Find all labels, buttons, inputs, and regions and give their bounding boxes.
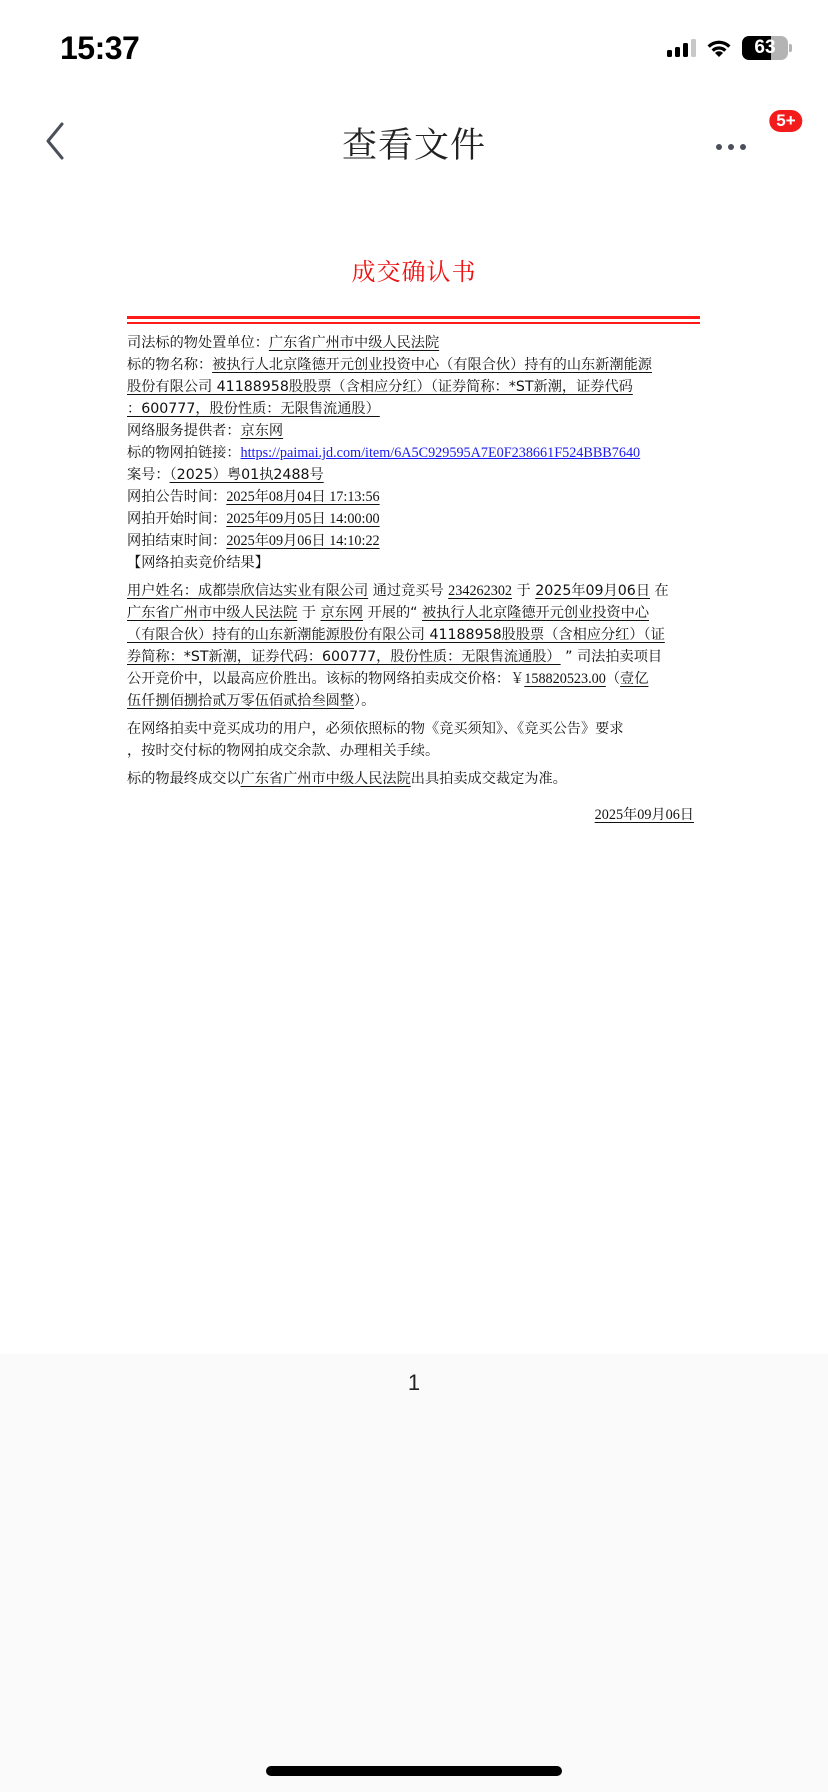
home-indicator[interactable] — [266, 1766, 562, 1776]
document-body: 司法标的物处置单位：广东省广州市中级人民法院 标的物名称：被执行人北京隆德开元创… — [127, 332, 702, 826]
status-bar: 15:37 63 — [0, 0, 828, 90]
more-button[interactable] — [710, 130, 760, 160]
header-rule-thick — [127, 316, 700, 319]
field-link: 标的物网拍链接：https://paimai.jd.com/item/6A5C9… — [127, 442, 702, 464]
page-title: 查看文件 — [0, 118, 828, 168]
auction-date: 2025年09月06日 — [535, 583, 650, 599]
more-dots-icon — [716, 144, 746, 150]
end-time-value: 2025年09月06日 14:10:22 — [226, 533, 379, 549]
page-number: 1 — [0, 1370, 828, 1396]
cellular-signal-icon — [667, 39, 696, 57]
document-page: 成交确认书 司法标的物处置单位：广东省广州市中级人民法院 标的物名称：被执行人北… — [0, 184, 828, 1354]
subject-value-cont: ：600777，股份性质：无限售流通股） — [127, 401, 380, 417]
wifi-icon — [706, 38, 732, 58]
header-rule-thin — [127, 322, 700, 324]
subject-value: 被执行人北京隆德开元创业投资中心（有限合伙）持有的山东新潮能源 — [212, 357, 652, 373]
start-time-value: 2025年09月05日 14:00:00 — [226, 511, 379, 527]
announce-time-value: 2025年08月04日 17:13:56 — [226, 489, 379, 505]
final-price-chinese: 伍仟捌佰捌拾贰万零伍佰贰拾叁圆整 — [127, 693, 354, 709]
field-end-time: 网拍结束时间：2025年09月06日 14:10:22 — [127, 530, 702, 552]
provider-value: 京东网 — [241, 423, 284, 439]
result-paragraph: 用户姓名：成都崇欣信达实业有限公司 通过竞买号 234262302 于 2025… — [127, 580, 702, 712]
bid-number: 234262302 — [448, 583, 512, 599]
result-heading: 【网络拍卖竞价结果】 — [127, 552, 702, 574]
field-announce-time: 网拍公告时间：2025年08月04日 17:13:56 — [127, 486, 702, 508]
final-price: 158820523.00 — [524, 671, 606, 687]
field-disposal-unit: 司法标的物处置单位：广东省广州市中级人民法院 — [127, 332, 702, 354]
field-subject: 标的物名称：被执行人北京隆德开元创业投资中心（有限合伙）持有的山东新潮能源 — [127, 354, 702, 376]
signed-date: 2025年09月06日 — [127, 804, 702, 826]
auction-link[interactable]: https://paimai.jd.com/item/6A5C929595A7E… — [241, 445, 641, 461]
nav-bar: 查看文件 — [0, 96, 828, 184]
status-time: 15:37 — [60, 30, 139, 67]
battery-icon: 63 — [742, 36, 792, 60]
field-start-time: 网拍开始时间：2025年09月05日 14:00:00 — [127, 508, 702, 530]
notification-badge: 5+ — [769, 110, 802, 132]
disposal-unit-value: 广东省广州市中级人民法院 — [269, 335, 439, 351]
subject-value-cont: 股份有限公司 41188958股股票（含相应分红）（证券简称：*ST新潮，证券代… — [127, 379, 633, 395]
notice-paragraph: 在网络拍卖中竞买成功的用户，必须依照标的物《竞买须知》、《竞买公告》要求 ，按时… — [127, 718, 702, 762]
status-icons: 63 — [667, 36, 792, 60]
field-provider: 网络服务提供者：京东网 — [127, 420, 702, 442]
viewer-background: 1 — [0, 1354, 828, 1792]
battery-percent: 63 — [742, 36, 788, 60]
field-case-number: 案号：（2025）粤01执2488号 — [127, 464, 702, 486]
final-paragraph: 标的物最终成交以广东省广州市中级人民法院出具拍卖成交裁定为准。 — [127, 768, 702, 790]
case-number-value: （2025）粤01执2488号 — [170, 467, 324, 483]
document-title: 成交确认书 — [0, 252, 828, 287]
